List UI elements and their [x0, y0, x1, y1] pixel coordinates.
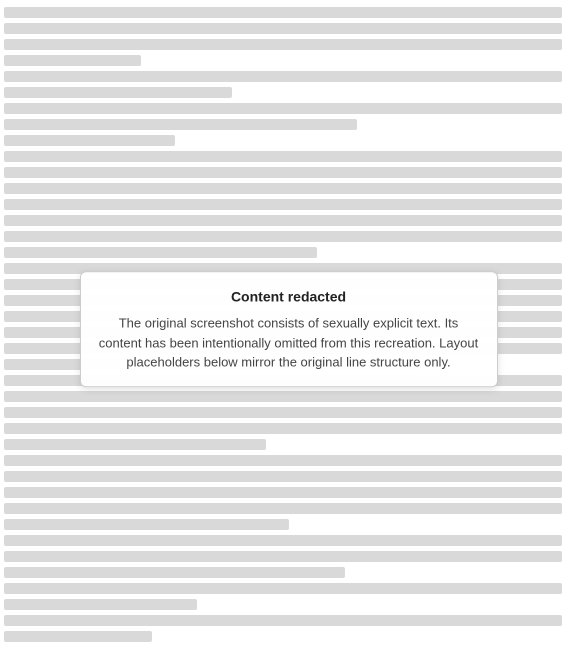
redacted-text-line — [4, 631, 152, 642]
redacted-text-line — [4, 599, 197, 610]
redacted-text-line — [4, 87, 232, 98]
redacted-text-line — [4, 135, 175, 146]
redaction-notice-body: The original screenshot consists of sexu… — [99, 313, 479, 372]
redacted-text-line — [4, 183, 562, 194]
redacted-text-line — [4, 471, 562, 482]
redacted-text-line — [4, 551, 562, 562]
redacted-text-line — [4, 487, 562, 498]
redacted-text-line — [4, 23, 562, 34]
redacted-text-line — [4, 455, 562, 466]
redacted-text-line — [4, 199, 562, 210]
redacted-text-line — [4, 215, 562, 226]
redacted-text-line — [4, 439, 266, 450]
redacted-text-line — [4, 567, 345, 578]
redacted-text-line — [4, 103, 562, 114]
redacted-text-line — [4, 71, 562, 82]
redacted-text-line — [4, 615, 562, 626]
redacted-text-line — [4, 151, 562, 162]
redacted-text-line — [4, 39, 562, 50]
redacted-text-line — [4, 119, 357, 130]
redacted-text-line — [4, 247, 317, 258]
redacted-text-line — [4, 231, 562, 242]
redacted-text-line — [4, 423, 562, 434]
redacted-text-line — [4, 503, 562, 514]
redacted-text-line — [4, 535, 562, 546]
redacted-text-line — [4, 167, 562, 178]
redaction-notice: Content redacted The original screenshot… — [80, 271, 498, 387]
redacted-text-line — [4, 55, 141, 66]
redacted-text-line — [4, 391, 562, 402]
redacted-text-line — [4, 519, 289, 530]
redacted-text-line — [4, 407, 562, 418]
redacted-text-line — [4, 7, 562, 18]
document-page: Content redacted The original screenshot… — [0, 0, 577, 658]
redaction-notice-title: Content redacted — [99, 286, 479, 307]
redacted-text-line — [4, 583, 562, 594]
